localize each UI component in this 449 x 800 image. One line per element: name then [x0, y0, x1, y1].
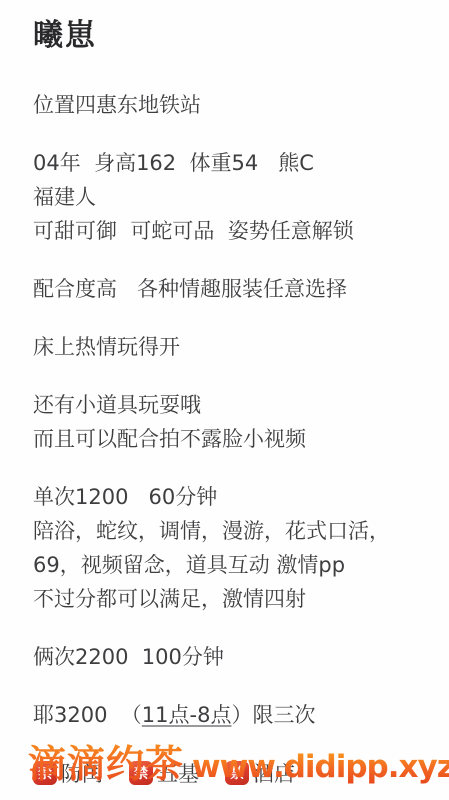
footer-tag: 禁五基 [129, 758, 199, 788]
prohibited-icon: 禁 [129, 761, 153, 785]
text-line: 配合度高 各种情趣服装任意选择 [33, 272, 429, 306]
text-line [33, 122, 429, 146]
text-line [33, 674, 429, 698]
text-line: 还有小道具玩耍哦 [33, 388, 429, 422]
note-page: 曦崽 位置四惠东地铁站04年 身高162 体重54 熊C福建人可甜可御 可蛇可品… [0, 0, 449, 732]
text-line: 单次1200 60分钟 [33, 480, 429, 514]
page-title: 曦崽 [33, 14, 429, 58]
body-lines: 位置四惠东地铁站04年 身高162 体重54 熊C福建人可甜可御 可蛇可品 姿势… [33, 88, 429, 698]
text-line: 陪浴，蛇纹，调情，漫游，花式口活， [33, 514, 429, 548]
text-line: 位置四惠东地铁站 [33, 88, 429, 122]
text-line: 俩次2200 100分钟 [33, 640, 429, 674]
night-price-prefix: 耶3200 （ [33, 703, 142, 727]
footer-tag-label: 防闰 [61, 758, 103, 788]
footer-tag-label: 酒店 [253, 758, 295, 788]
night-price-suffix: ）限三次 [231, 703, 315, 727]
time-range-link[interactable]: 11点-8点 [142, 703, 232, 727]
text-line [33, 456, 429, 480]
text-line: 福建人 [33, 180, 429, 214]
note-body: 位置四惠东地铁站04年 身高162 体重54 熊C福建人可甜可御 可蛇可品 姿势… [33, 88, 429, 732]
text-line [33, 616, 429, 640]
text-line [33, 248, 429, 272]
footer-tag: 禁防闰 [33, 758, 103, 788]
text-line [33, 306, 429, 330]
prohibited-icon: 禁 [33, 761, 57, 785]
text-line: 69，视频留念，道具互动 激情pp [33, 548, 429, 582]
footer-tag-row: 禁防闰禁五基禁酒店 [33, 758, 295, 788]
footer-tag: 禁酒店 [225, 758, 295, 788]
text-line [33, 364, 429, 388]
text-line: 可甜可御 可蛇可品 姿势任意解锁 [33, 214, 429, 248]
text-line: 不过分都可以满足，激情四射 [33, 582, 429, 616]
prohibited-icon: 禁 [225, 761, 249, 785]
text-line: 而且可以配合拍不露脸小视频 [33, 422, 429, 456]
footer-tag-label: 五基 [157, 758, 199, 788]
night-price-line: 耶3200 （11点-8点）限三次 [33, 698, 429, 732]
text-line: 床上热情玩得开 [33, 330, 429, 364]
text-line: 04年 身高162 体重54 熊C [33, 146, 429, 180]
